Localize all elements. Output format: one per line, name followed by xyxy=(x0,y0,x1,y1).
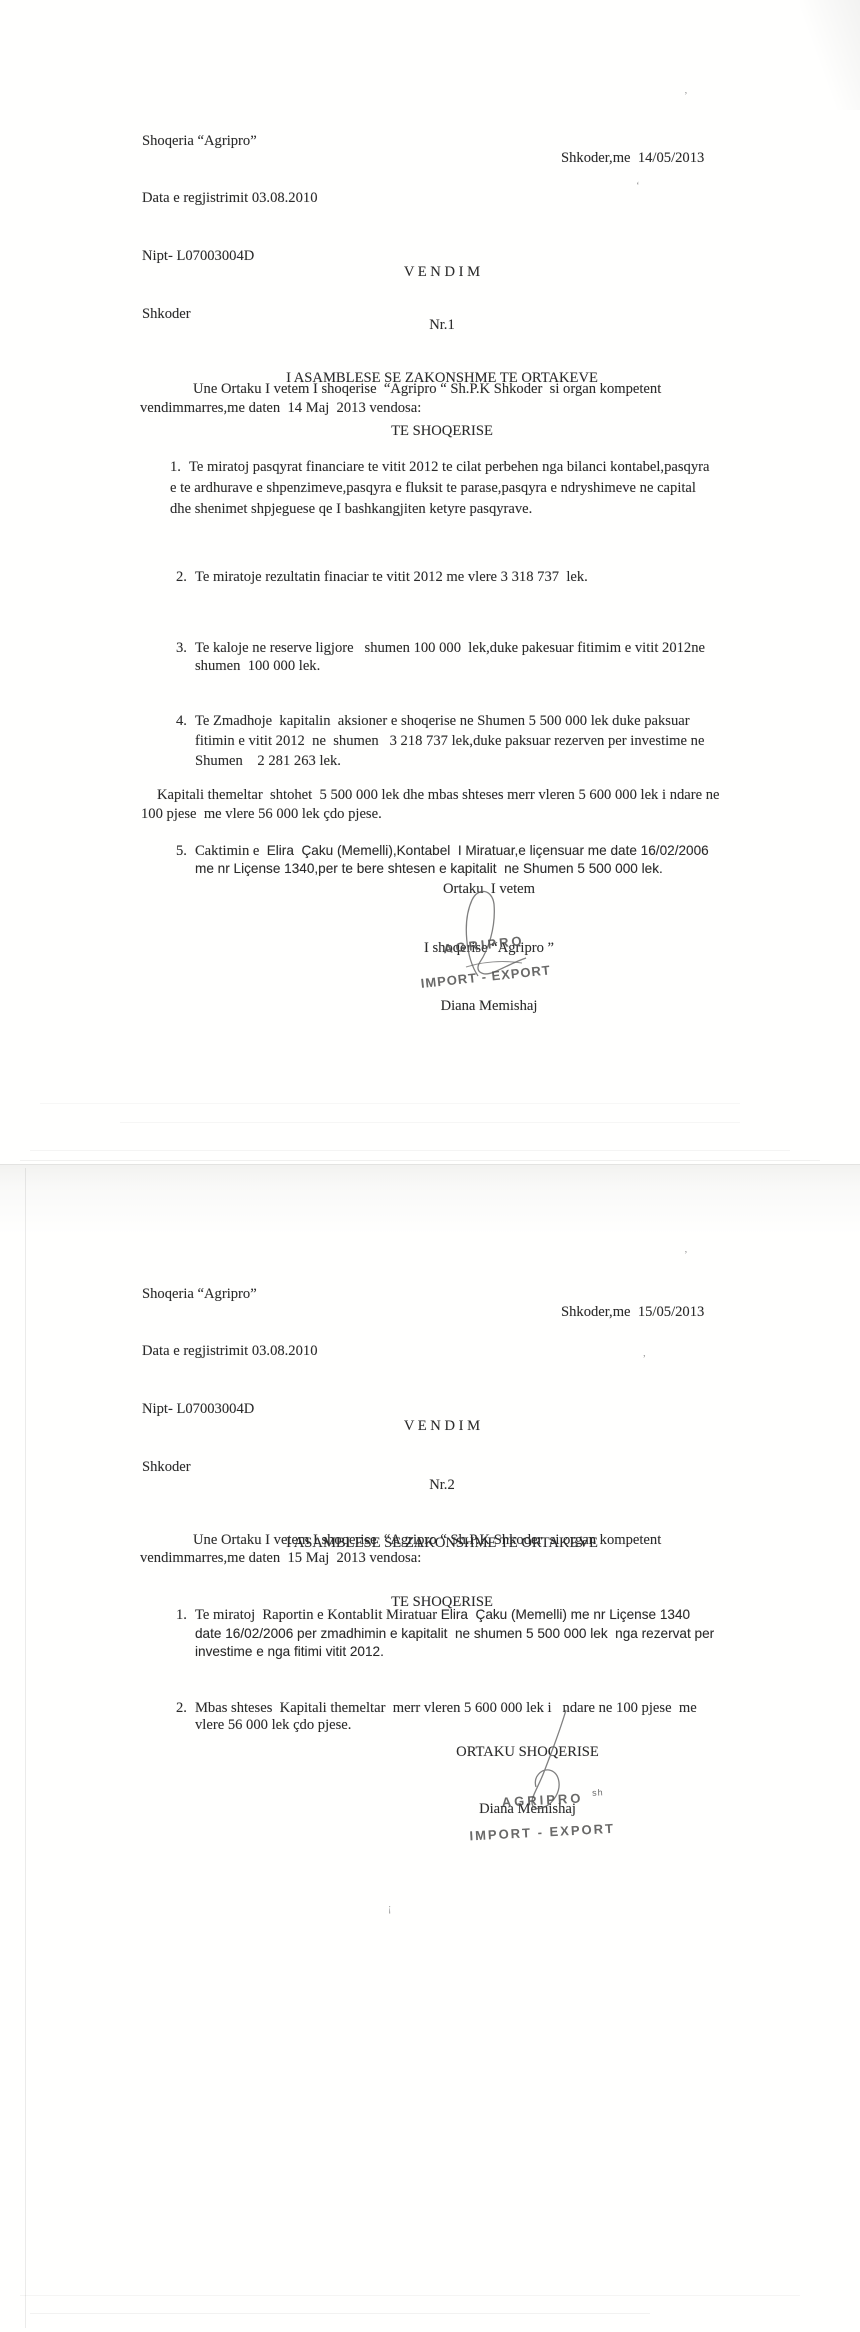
place-date-line: Shkoder,me 14/05/2013 xyxy=(561,150,751,167)
list-item-4: 4.Te Zmadhoje kapitalin aksioner e shoqe… xyxy=(176,711,716,771)
item-number: 2. xyxy=(176,569,187,585)
scan-speck: ’ xyxy=(684,90,688,102)
scan-corner-shade xyxy=(800,0,860,110)
scan-streak xyxy=(30,2313,650,2314)
title-number: Nr.1 xyxy=(140,317,744,335)
item-number: 5. xyxy=(176,843,187,859)
scan-page-edge xyxy=(25,1168,26,2328)
item-text: Te Zmadhoje kapitalin aksioner e shoqeri… xyxy=(195,713,708,769)
title-number: Nr.2 xyxy=(140,1476,744,1496)
registration-date-line: Data e regjistrimit 03.08.2010 xyxy=(142,1342,318,1361)
scan-speck: ‘ xyxy=(636,180,640,192)
stamp-name: AGRIPRO xyxy=(501,1790,583,1809)
stamp-suffix: sh xyxy=(592,1787,604,1798)
item-text: Te miratoj pasqyrat financiare te vitit … xyxy=(170,459,713,517)
title-vendim: V E N D I M xyxy=(140,264,744,282)
item-text: Te miratoj Raportin e Kontablit Miratuar xyxy=(195,1607,441,1623)
intro-paragraph: Une Ortaku I vetem I shoqerise “Agripro … xyxy=(140,1531,726,1567)
list-item-2: 2.Te miratoje rezultatin finaciar te vit… xyxy=(176,567,716,588)
decision-list: 1.Te miratoj pasqyrat financiare te viti… xyxy=(170,423,716,912)
stamp-name: AGRIPRO xyxy=(442,933,525,956)
item-text: Caktimin e xyxy=(195,843,267,859)
company-name: Shoqeria “Agripro” xyxy=(142,132,318,151)
intro-paragraph: Une Ortaku I vetem I shoqerise “Agripro … xyxy=(140,380,726,419)
list-item-1: 1.Te miratoj pasqyrat financiare te viti… xyxy=(170,457,716,520)
company-name: Shoqeria “Agripro” xyxy=(142,1285,318,1304)
item-text: Te kaloje ne reserve ligjore shumen 100 … xyxy=(195,640,709,674)
scan-streak xyxy=(20,1160,820,1161)
company-stamp: AGRIPRO IMPORT - EXPORT xyxy=(415,915,555,1024)
item-number: 2. xyxy=(176,1700,187,1716)
item-number: 4. xyxy=(176,713,187,729)
title-vendim: V E N D I M xyxy=(140,1417,744,1437)
scan-streak xyxy=(30,1150,790,1151)
scan-streak xyxy=(20,2295,800,2296)
item-text: Te miratoje rezultatin finaciar te vitit… xyxy=(195,569,588,585)
place-date-line: Shkoder,me 15/05/2013 xyxy=(561,1304,751,1321)
scan-speck: ’ xyxy=(684,1249,688,1261)
scan-streak xyxy=(40,1103,740,1104)
stamp-activity: IMPORT - EXPORT xyxy=(469,1821,615,1845)
list-item-1: 1.Te miratoj Raportin e Kontablit Miratu… xyxy=(176,1606,716,1662)
item-number: 1. xyxy=(170,459,181,475)
item-number: 3. xyxy=(176,640,187,656)
registration-date-line: Data e regjistrimit 03.08.2010 xyxy=(142,189,318,208)
scan-speck: , xyxy=(643,1347,646,1359)
capital-paragraph: Kapitali themeltar shtohet 5 500 000 lek… xyxy=(141,786,733,824)
company-stamp: AGRIPROsh IMPORT - EXPORT xyxy=(474,1768,617,1876)
stamp-activity: IMPORT - EXPORT xyxy=(420,962,552,992)
item-number: 1. xyxy=(176,1607,187,1623)
scan-speck: ¡ xyxy=(388,1903,391,1914)
scan-streak xyxy=(120,1122,740,1123)
list-item-3: 3.Te kaloje ne reserve ligjore shumen 10… xyxy=(176,639,716,675)
